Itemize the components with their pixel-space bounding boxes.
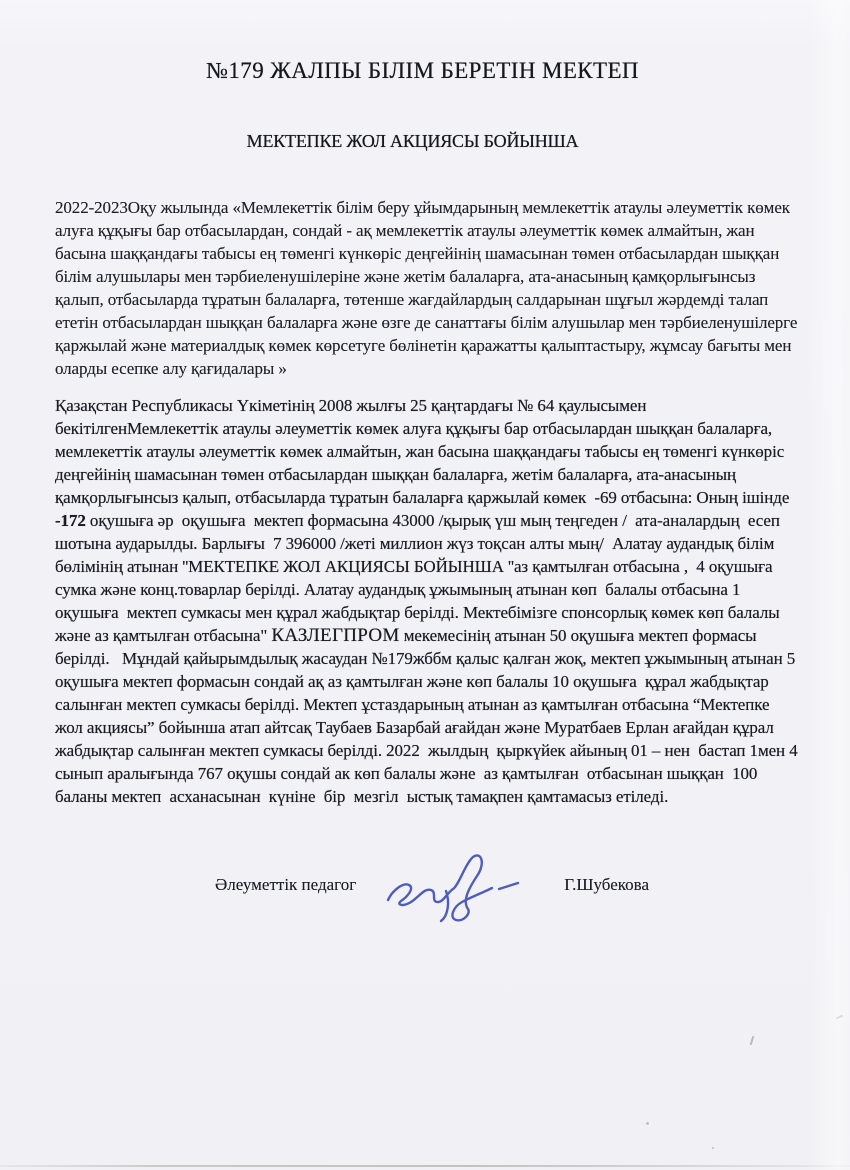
- signature-ink-strokes: [388, 855, 518, 921]
- document-subtitle: МЕКТЕПКЕ ЖОЛ АКЦИЯСЫ БОЙЫНША: [55, 131, 770, 152]
- document-title: №179 ЖАЛПЫ БІЛІМ БЕРЕТІН МЕКТЕП: [55, 58, 790, 84]
- text-segment: -172: [55, 511, 86, 530]
- text-segment: КАЗЛЕГПРОМ: [271, 625, 399, 646]
- scan-speck: [750, 1036, 755, 1045]
- signature-row: Әлеуметтік педагог Г.Шубекова: [55, 870, 800, 900]
- scan-speck: [712, 1147, 714, 1149]
- signature-name: Г.Шубекова: [564, 875, 649, 895]
- body-paragraph-1: 2022-2023Оқу жылында «Мемлекеттік білім …: [55, 196, 800, 380]
- body-paragraph-2: Қазақстан Республикасы Үкіметінің 2008 ж…: [55, 394, 800, 808]
- text-segment: оқушыға әр оқушыға мектеп формасына 4300…: [55, 511, 788, 645]
- scan-speck: [836, 1015, 843, 1020]
- signature-role-label: Әлеуметтік педагог: [215, 875, 356, 895]
- scan-speck: [646, 1122, 649, 1125]
- page-bottom-edge: [0, 1165, 850, 1167]
- text-segment: Қазақстан Республикасы Үкіметінің 2008 ж…: [55, 396, 793, 507]
- handwritten-signature: [378, 844, 530, 930]
- scanned-document-page: №179 ЖАЛПЫ БІЛІМ БЕРЕТІН МЕКТЕП МЕКТЕПКЕ…: [0, 0, 850, 1170]
- text-segment: мекемесінің атынан 50 оқушыға мектеп фор…: [55, 626, 802, 806]
- document-content: №179 ЖАЛПЫ БІЛІМ БЕРЕТІН МЕКТЕП МЕКТЕПКЕ…: [0, 0, 850, 900]
